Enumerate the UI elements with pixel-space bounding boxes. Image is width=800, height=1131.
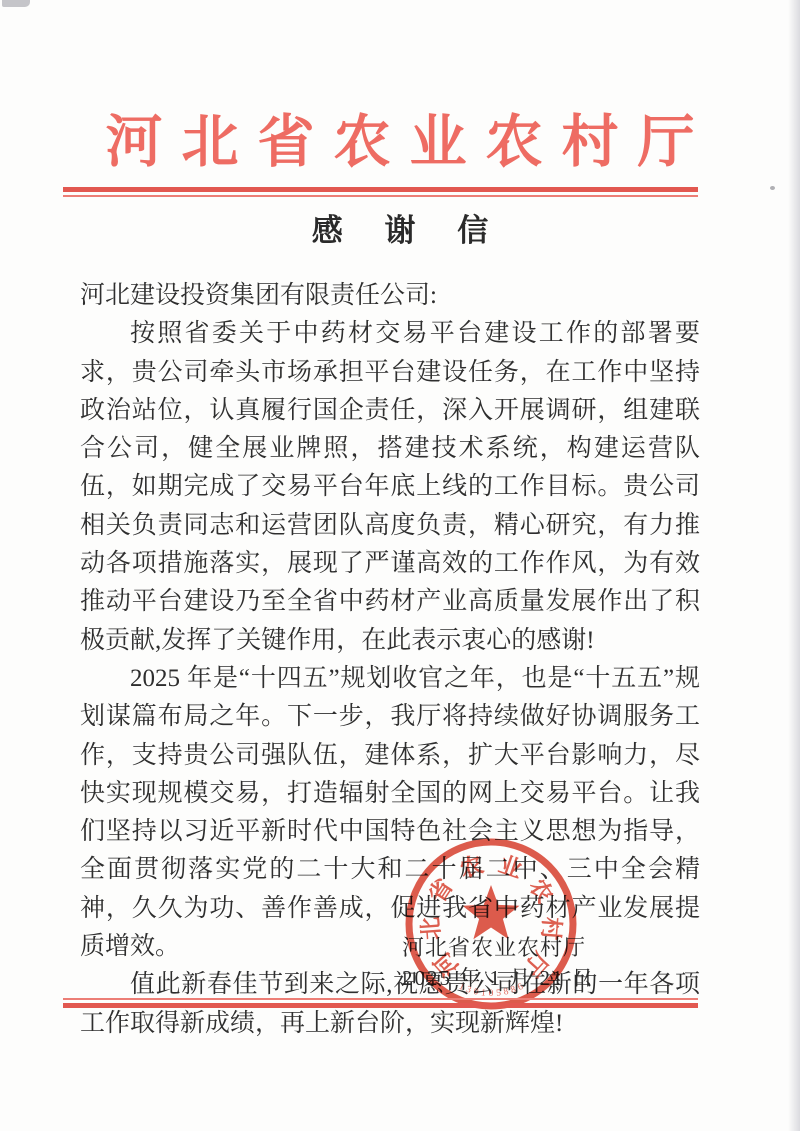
seal-code-digit: 8 — [503, 987, 510, 998]
seal-arc-char: 农 — [524, 874, 558, 907]
scan-edge-shadow — [788, 0, 800, 1131]
seal-code-digit: 6 — [516, 982, 525, 993]
seal-code-digit: 0 — [472, 987, 479, 998]
footer-rule-thin — [63, 998, 698, 1000]
scanned-letter-page: 河北省农业农村厅 感 谢 信 河北建设投资集团有限责任公司: 按照省委关于中药材… — [0, 0, 800, 1131]
seal-arc-char: 省 — [424, 874, 458, 907]
header-rule-thin — [63, 195, 698, 197]
seal-arc-char: 河 — [429, 947, 463, 981]
seal-arc-char: 北 — [418, 916, 445, 941]
official-seal-stamp: 河北省农业农村厅130105886 — [403, 836, 579, 1012]
document-title: 感 谢 信 — [0, 205, 800, 250]
header-rule-thick — [63, 187, 698, 192]
salutation: 河北建设投资集团有限责任公司: — [80, 277, 700, 315]
star-icon — [463, 885, 520, 939]
scan-artifact-smudge — [2, 0, 30, 7]
seal-arc-char: 村 — [538, 916, 565, 941]
seal-code-digit: 3 — [465, 985, 473, 996]
footer-rule-thick — [63, 1003, 698, 1008]
letter-body: 河北建设投资集团有限责任公司: 按照省委关于中药材交易平台建设工作的部署要求，贵… — [80, 277, 700, 1043]
letterhead-title: 河北省农业农村厅 — [0, 96, 800, 178]
scan-artifact-dot — [770, 186, 775, 190]
letter-paragraph: 按照省委关于中药材交易平台建设工作的部署要求，贵公司牵头市场承担平台建设任务，在… — [80, 315, 700, 660]
seal-arc-char: 厅 — [519, 947, 553, 981]
seal-arc-char: 农 — [457, 852, 487, 883]
letter-paragraph: 2025 年是“十四五”规划收官之年，也是“十五五”规划谋篇布局之年。下一步，我… — [80, 660, 700, 966]
seal-arc-char: 业 — [495, 852, 525, 883]
